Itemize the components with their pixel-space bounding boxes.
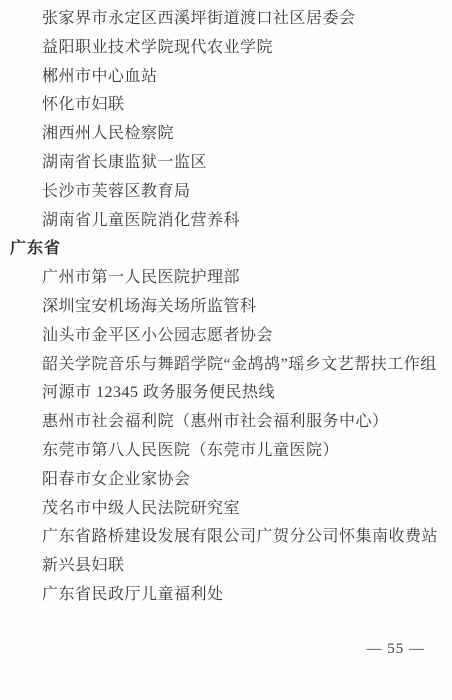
list-item: 广东省民政厅儿童福利处 <box>42 581 446 610</box>
list-item: 湘西州人民检察院 <box>42 120 446 149</box>
list-item: 深圳宝安机场海关场所监管科 <box>42 293 446 322</box>
list-item: 湖南省长康监狱一监区 <box>42 149 446 178</box>
page-number: — 55 — <box>367 641 426 658</box>
document-page: 张家界市永定区西溪坪街道渡口社区居委会 益阳职业技术学院现代农业学院 郴州市中心… <box>0 0 452 700</box>
list-item: 惠州市社会福利院（惠州市社会福利服务中心） <box>42 408 446 437</box>
list-item: 广州市第一人民医院护理部 <box>42 264 446 293</box>
list-item: 湖南省儿童医院消化营养科 <box>42 207 446 236</box>
list-item: 广东省路桥建设发展有限公司广贺分公司怀集南收费站 <box>42 523 446 552</box>
section-header-guangdong: 广东省 <box>10 235 452 264</box>
list-item: 长沙市芙蓉区教育局 <box>42 178 446 207</box>
list-item: 河源市 12345 政务服务便民热线 <box>42 379 446 408</box>
list-item: 张家界市永定区西溪坪街道渡口社区居委会 <box>42 5 446 34</box>
list-item: 阳春市女企业家协会 <box>42 466 446 495</box>
list-item: 怀化市妇联 <box>42 91 446 120</box>
award-list: 张家界市永定区西溪坪街道渡口社区居委会 益阳职业技术学院现代农业学院 郴州市中心… <box>0 5 452 610</box>
list-item: 韶关学院音乐与舞蹈学院“金鸪鸪”瑶乡文艺帮扶工作组 <box>42 351 446 380</box>
list-item: 汕头市金平区小公园志愿者协会 <box>42 322 446 351</box>
list-item: 郴州市中心血站 <box>42 63 446 92</box>
list-item: 东莞市第八人民医院（东莞市儿童医院） <box>42 437 446 466</box>
list-item: 新兴县妇联 <box>42 552 446 581</box>
list-item: 益阳职业技术学院现代农业学院 <box>42 34 446 63</box>
list-item: 茂名市中级人民法院研究室 <box>42 495 446 524</box>
